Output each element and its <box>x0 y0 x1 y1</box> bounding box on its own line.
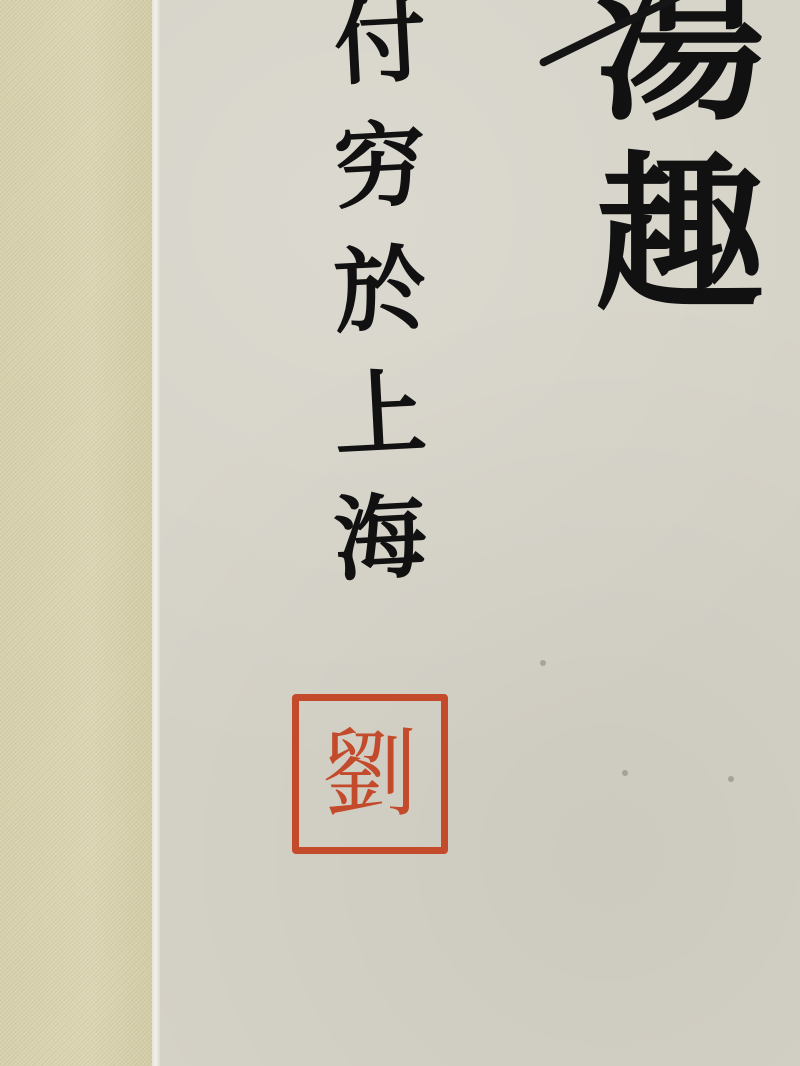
calligraphy-char: 海 <box>331 474 429 603</box>
paper-spot <box>622 770 628 776</box>
paper-spot <box>540 660 546 666</box>
calligraphy-inscription-column: 付 穷 於 上 海 <box>280 0 480 600</box>
paper-spot <box>728 776 734 782</box>
red-seal-stamp: 劉 <box>292 694 448 854</box>
seal-text: 劉 <box>322 726 418 822</box>
scroll-border-strip <box>152 0 160 1066</box>
calligraphy-char: 趣 <box>595 140 765 330</box>
mounting-silk <box>0 0 152 1066</box>
calligraphy-right-column: 湯 趣 <box>560 0 800 330</box>
calligraphy-char: 付 <box>331 0 429 106</box>
calligraphy-char: 上 <box>331 350 429 479</box>
calligraphy-char: 於 <box>331 226 429 355</box>
calligraphy-char: 穷 <box>331 102 429 231</box>
